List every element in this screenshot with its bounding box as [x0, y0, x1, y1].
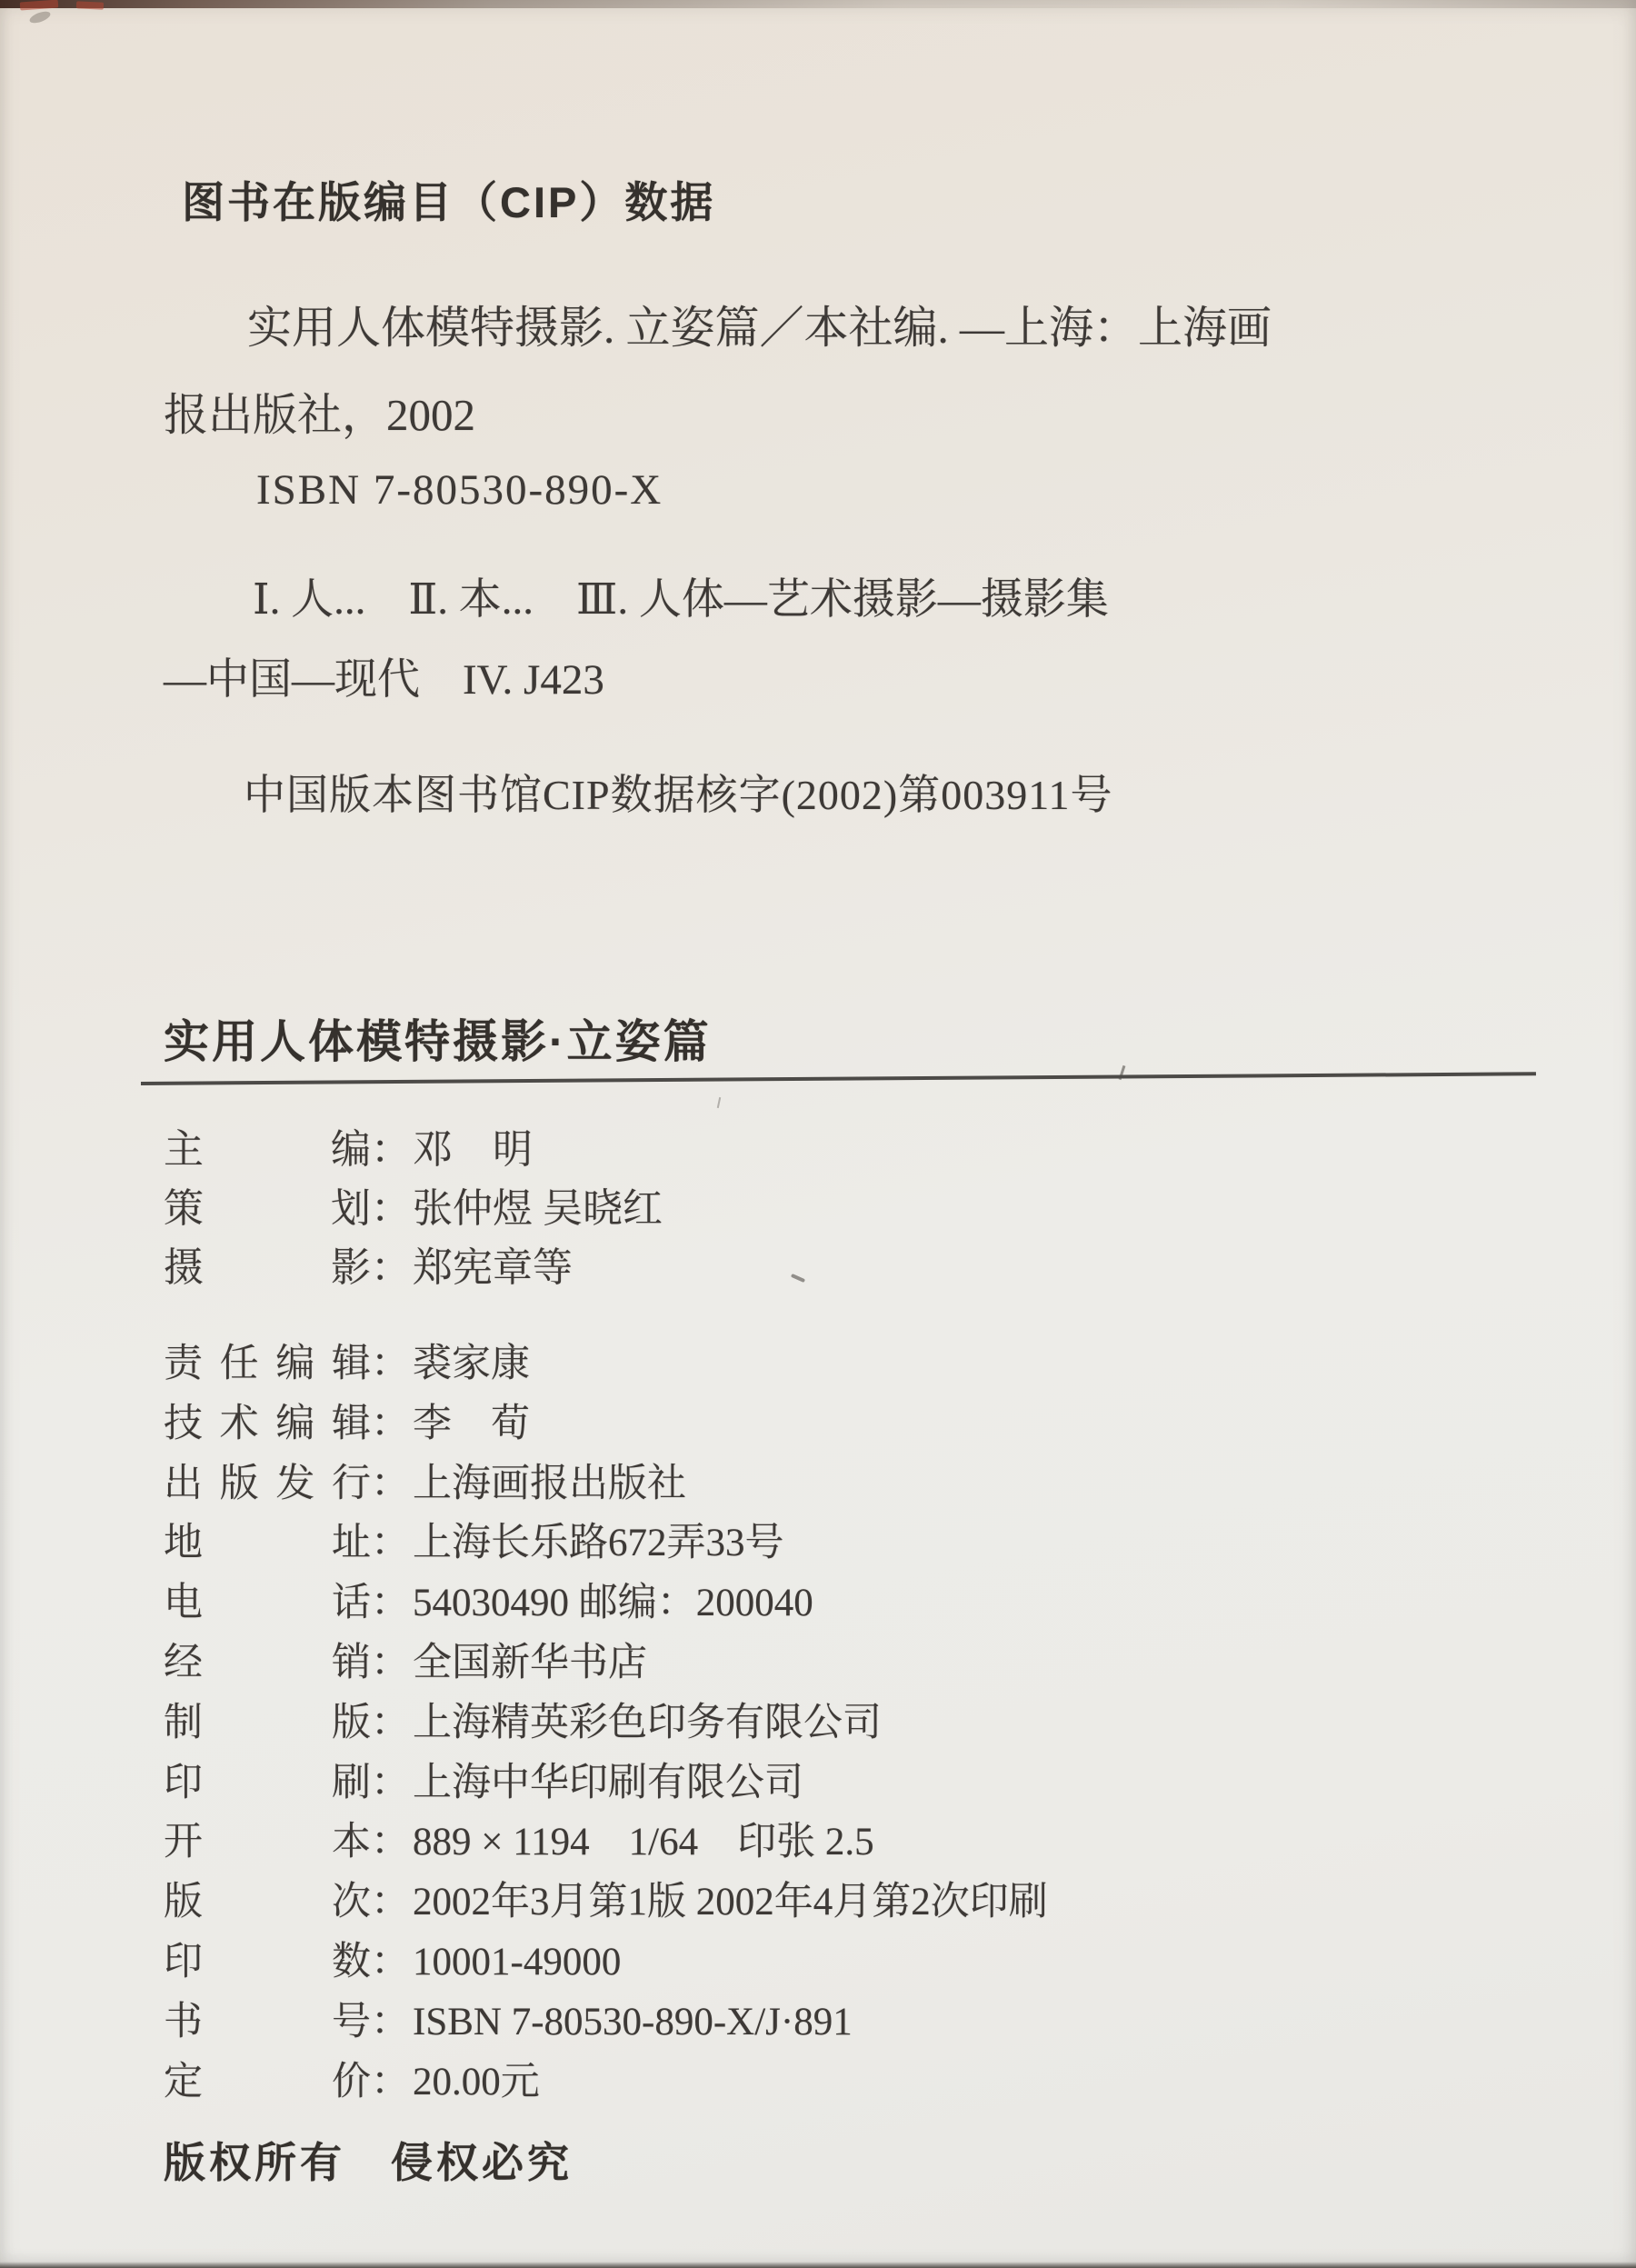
colon: ：	[371, 1234, 413, 1293]
cip-classification-line1: Ⅰ. 人... Ⅱ. 本... Ⅲ. 人体—艺术摄影—摄影集	[253, 565, 1109, 626]
colon: ：	[371, 1811, 413, 1866]
colon: ：	[371, 1453, 413, 1508]
detail-label: 电话	[164, 1572, 371, 1627]
detail-row: 书号：ISBN 7-80530-890-X/J·891	[164, 1991, 1048, 2051]
detail-value: 李 荀	[413, 1403, 530, 1445]
detail-row: 版次：2002年3月第1版 2002年4月第2次印刷	[164, 1871, 1048, 1931]
cip-entry-line1: 实用人体模特摄影. 立姿篇／本社编. —上海：上海画	[247, 293, 1272, 356]
detail-row: 电话：54030490 邮编：200040	[164, 1572, 1048, 1632]
detail-label: 书号	[164, 1991, 371, 2046]
detail-value: 裘家康	[413, 1343, 530, 1385]
colon: ：	[371, 1931, 413, 1986]
detail-value: 全国新华书店	[413, 1642, 647, 1684]
colon: ：	[371, 1175, 413, 1234]
detail-value: 20.00元	[413, 2061, 540, 2103]
cip-entry-line2: 报出版社，2002	[164, 380, 475, 444]
colon: ：	[371, 1116, 413, 1174]
detail-label: 版次	[164, 1871, 371, 1926]
credit-row: 摄影：郑宪章等	[164, 1234, 663, 1294]
colon: ：	[371, 1991, 413, 2046]
detail-row: 出版发行：上海画报出版社	[164, 1453, 1048, 1513]
detail-value: 上海中华印刷有限公司	[413, 1762, 803, 1804]
detail-value: 54030490 邮编：200040	[413, 1582, 813, 1624]
credit-row: 主编：邓 明	[164, 1116, 663, 1175]
detail-label: 制版	[164, 1692, 371, 1747]
detail-value: 上海画报出版社	[413, 1463, 686, 1505]
detail-label: 责任编辑	[164, 1333, 371, 1388]
colon: ：	[371, 1572, 413, 1627]
horizontal-rule	[141, 1072, 1536, 1085]
detail-value: ISBN 7-80530-890-X/J·891	[413, 2001, 853, 2043]
detail-label: 技术编辑	[164, 1393, 371, 1448]
cip-record-number: 中国版本图书馆CIP数据核字(2002)第003911号	[244, 762, 1113, 822]
book-copyright-page: 图书在版编目（CIP）数据 实用人体模特摄影. 立姿篇／本社编. —上海：上海画…	[0, 0, 1636, 2268]
detail-row: 印数：10001-49000	[164, 1931, 1048, 1991]
colon: ：	[371, 1512, 413, 1567]
detail-label: 开本	[164, 1811, 371, 1866]
colon: ：	[371, 1632, 413, 1687]
detail-row: 地址：上海长乐路672弄33号	[164, 1512, 1048, 1572]
credit-value: 张仲煜 吴晓红	[413, 1186, 663, 1231]
detail-label: 定价	[164, 2051, 371, 2106]
credit-row: 策划：张仲煜 吴晓红	[164, 1175, 663, 1234]
detail-row: 责任编辑：裘家康	[164, 1333, 1048, 1393]
colon: ：	[371, 1752, 413, 1807]
credits-list: 主编：邓 明 策划：张仲煜 吴晓红 摄影：郑宪章等	[164, 1116, 663, 1294]
credit-value: 邓 明	[413, 1127, 533, 1172]
scan-artifact	[717, 1097, 721, 1108]
detail-row: 印刷：上海中华印刷有限公司	[164, 1752, 1048, 1812]
scan-smudge	[28, 9, 52, 25]
detail-label: 经销	[164, 1632, 371, 1687]
credit-label: 摄影	[164, 1234, 371, 1293]
isbn-number: ISBN 7-80530-890-X	[256, 465, 663, 515]
colon: ：	[371, 1393, 413, 1448]
red-ink-mark	[20, 0, 59, 10]
cip-classification-line2: —中国—现代 IV. J423	[164, 645, 604, 706]
colon: ：	[371, 1871, 413, 1926]
colon: ：	[371, 1333, 413, 1388]
detail-row: 定价：20.00元	[164, 2051, 1048, 2111]
copyright-notice: 版权所有 侵权必究	[164, 2130, 573, 2190]
detail-label: 印刷	[164, 1752, 371, 1807]
detail-label: 地址	[164, 1512, 371, 1567]
colon: ：	[371, 1692, 413, 1747]
scan-bottom-edge	[0, 2262, 1636, 2268]
detail-label: 印数	[164, 1931, 371, 1986]
scan-artifact	[791, 1274, 805, 1283]
detail-label: 出版发行	[164, 1453, 371, 1508]
colon: ：	[371, 2051, 413, 2106]
cip-header: 图书在版编目（CIP）数据	[182, 169, 715, 230]
detail-row: 技术编辑：李 荀	[164, 1393, 1048, 1453]
detail-value: 2002年3月第1版 2002年4月第2次印刷	[413, 1881, 1048, 1923]
detail-value: 10001-49000	[413, 1941, 621, 1983]
detail-row: 制版：上海精英彩色印务有限公司	[164, 1692, 1048, 1752]
detail-value: 上海精英彩色印务有限公司	[413, 1702, 882, 1744]
detail-value: 889 × 1194 1/64 印张 2.5	[413, 1821, 874, 1863]
scan-top-edge	[0, 0, 1636, 8]
detail-row: 经销：全国新华书店	[164, 1632, 1048, 1692]
credit-label: 策划	[164, 1175, 371, 1234]
red-ink-mark	[76, 1, 104, 10]
detail-value: 上海长乐路672弄33号	[413, 1522, 784, 1564]
detail-row: 开本：889 × 1194 1/64 印张 2.5	[164, 1811, 1048, 1871]
publication-details-list: 责任编辑：裘家康 技术编辑：李 荀 出版发行：上海画报出版社 地址：上海长乐路6…	[164, 1333, 1048, 2110]
credit-value: 郑宪章等	[413, 1245, 573, 1290]
credit-label: 主编	[164, 1116, 371, 1174]
book-title: 实用人体模特摄影·立姿篇	[164, 1005, 712, 1071]
